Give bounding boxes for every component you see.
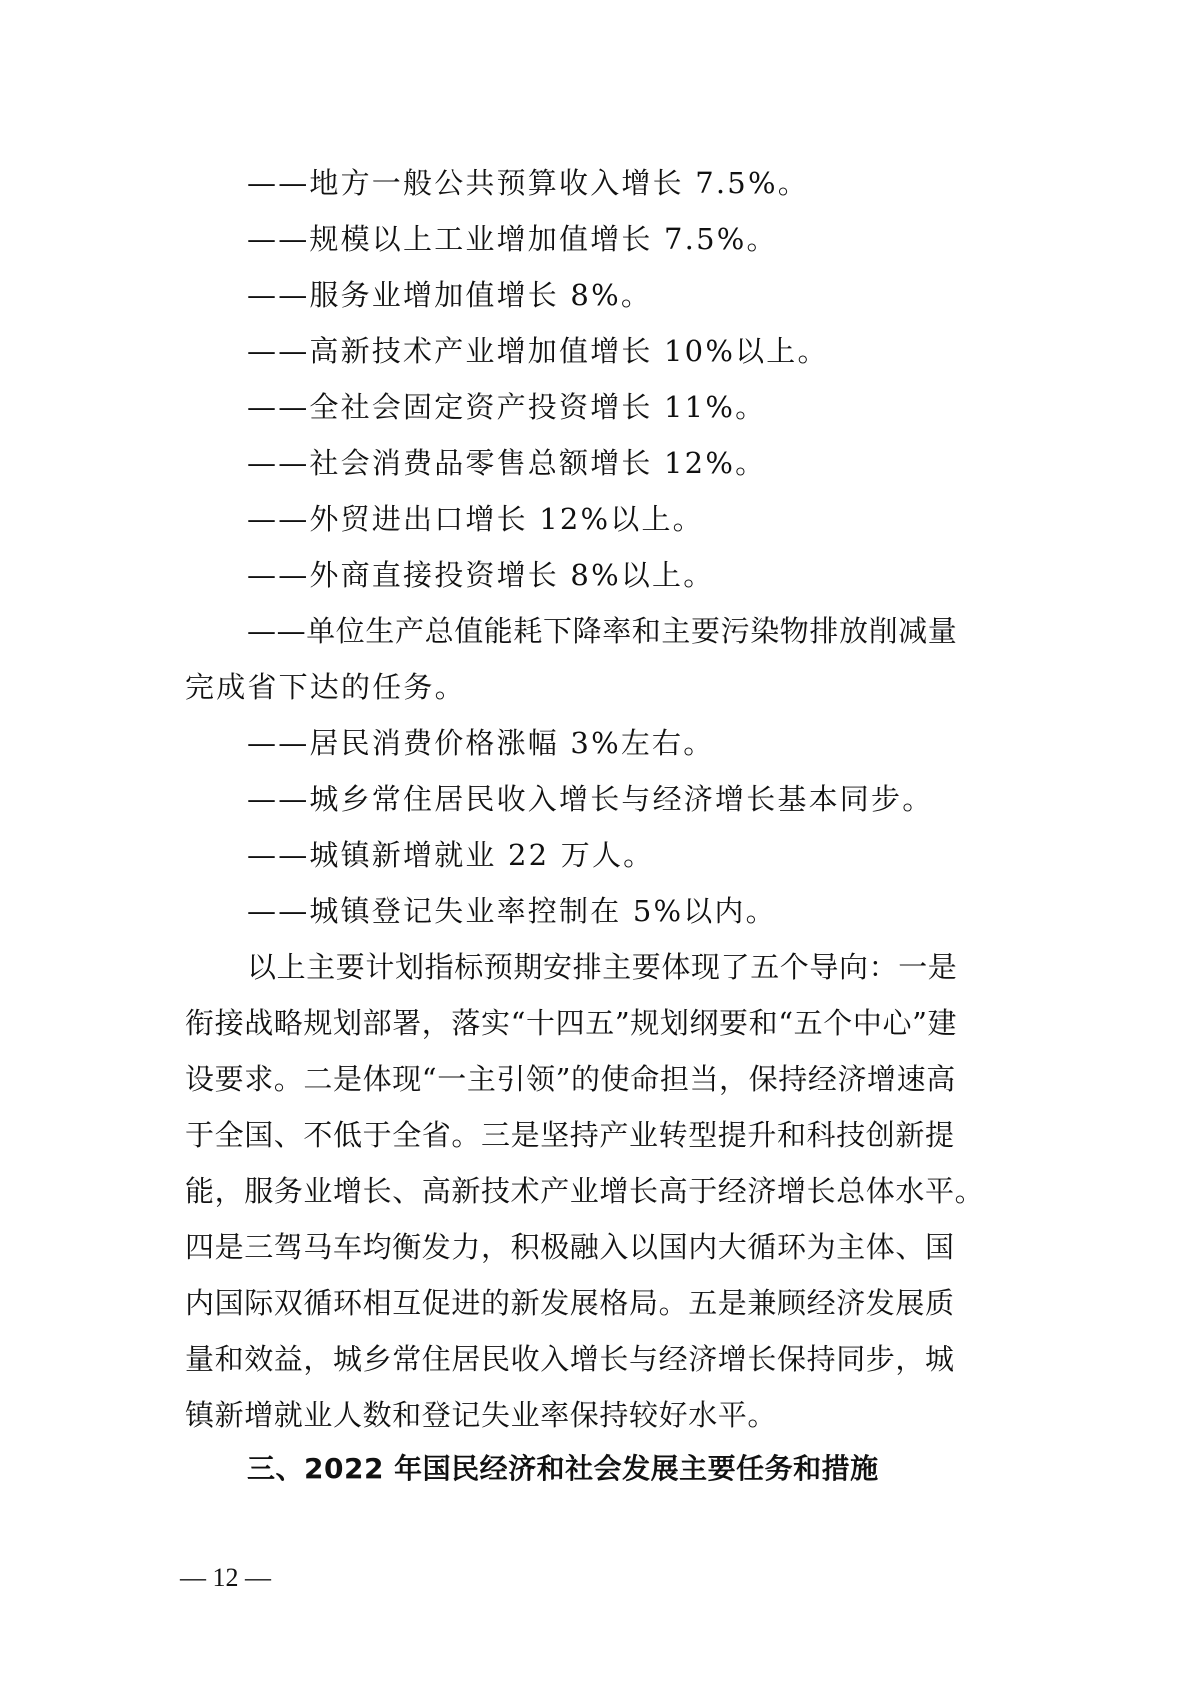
paragraph-line: 以上主要计划指标预期安排主要体现了五个导向：一是	[185, 939, 1015, 995]
paragraph-line: 四是三驾马车均衡发力，积极融入以国内大循环为主体、国	[185, 1219, 1015, 1275]
target-line: ——地方一般公共预算收入增长 7.5%。	[185, 155, 1015, 211]
target-line: ——高新技术产业增加值增长 10%以上。	[185, 323, 1015, 379]
paragraph-line: 衔接战略规划部署，落实“十四五”规划纲要和“五个中心”建	[185, 995, 1015, 1051]
paragraph-line: 内国际双循环相互促进的新发展格局。五是兼顾经济发展质	[185, 1275, 1015, 1331]
target-line: ——外商直接投资增长 8%以上。	[185, 547, 1015, 603]
energy-target-line-2: 完成省下达的任务。	[185, 659, 1015, 715]
paragraph-line: 于全国、不低于全省。三是坚持产业转型提升和科技创新提	[185, 1107, 1015, 1163]
paragraph-line: 量和效益，城乡常住居民收入增长与经济增长保持同步，城	[185, 1331, 1015, 1387]
target-line: ——服务业增加值增长 8%。	[185, 267, 1015, 323]
energy-target-line-1: ——单位生产总值能耗下降率和主要污染物排放削减量	[185, 603, 1015, 659]
document-body: ——地方一般公共预算收入增长 7.5%。 ——规模以上工业增加值增长 7.5%。…	[185, 155, 1015, 1497]
paragraph-line: 设要求。二是体现“一主引领”的使命担当，保持经济增速高	[185, 1051, 1015, 1107]
target-line: ——社会消费品零售总额增长 12%。	[185, 435, 1015, 491]
target-line: ——城乡常住居民收入增长与经济增长基本同步。	[185, 771, 1015, 827]
document-page: ——地方一般公共预算收入增长 7.5%。 ——规模以上工业增加值增长 7.5%。…	[0, 0, 1199, 1696]
page-number: — 12 —	[180, 1563, 271, 1593]
target-line: ——城镇新增就业 22 万人。	[185, 827, 1015, 883]
target-line: ——规模以上工业增加值增长 7.5%。	[185, 211, 1015, 267]
target-line: ——外贸进出口增长 12%以上。	[185, 491, 1015, 547]
section-heading: 三、2022 年国民经济和社会发展主要任务和措施	[185, 1441, 1015, 1497]
target-line: ——全社会固定资产投资增长 11%。	[185, 379, 1015, 435]
paragraph-line: 能，服务业增长、高新技术产业增长高于经济增长总体水平。	[185, 1163, 1015, 1219]
target-line: ——居民消费价格涨幅 3%左右。	[185, 715, 1015, 771]
paragraph-line: 镇新增就业人数和登记失业率保持较好水平。	[185, 1387, 1015, 1443]
target-line: ——城镇登记失业率控制在 5%以内。	[185, 883, 1015, 939]
summary-paragraph: 以上主要计划指标预期安排主要体现了五个导向：一是 衔接战略规划部署，落实“十四五…	[185, 939, 1015, 1443]
